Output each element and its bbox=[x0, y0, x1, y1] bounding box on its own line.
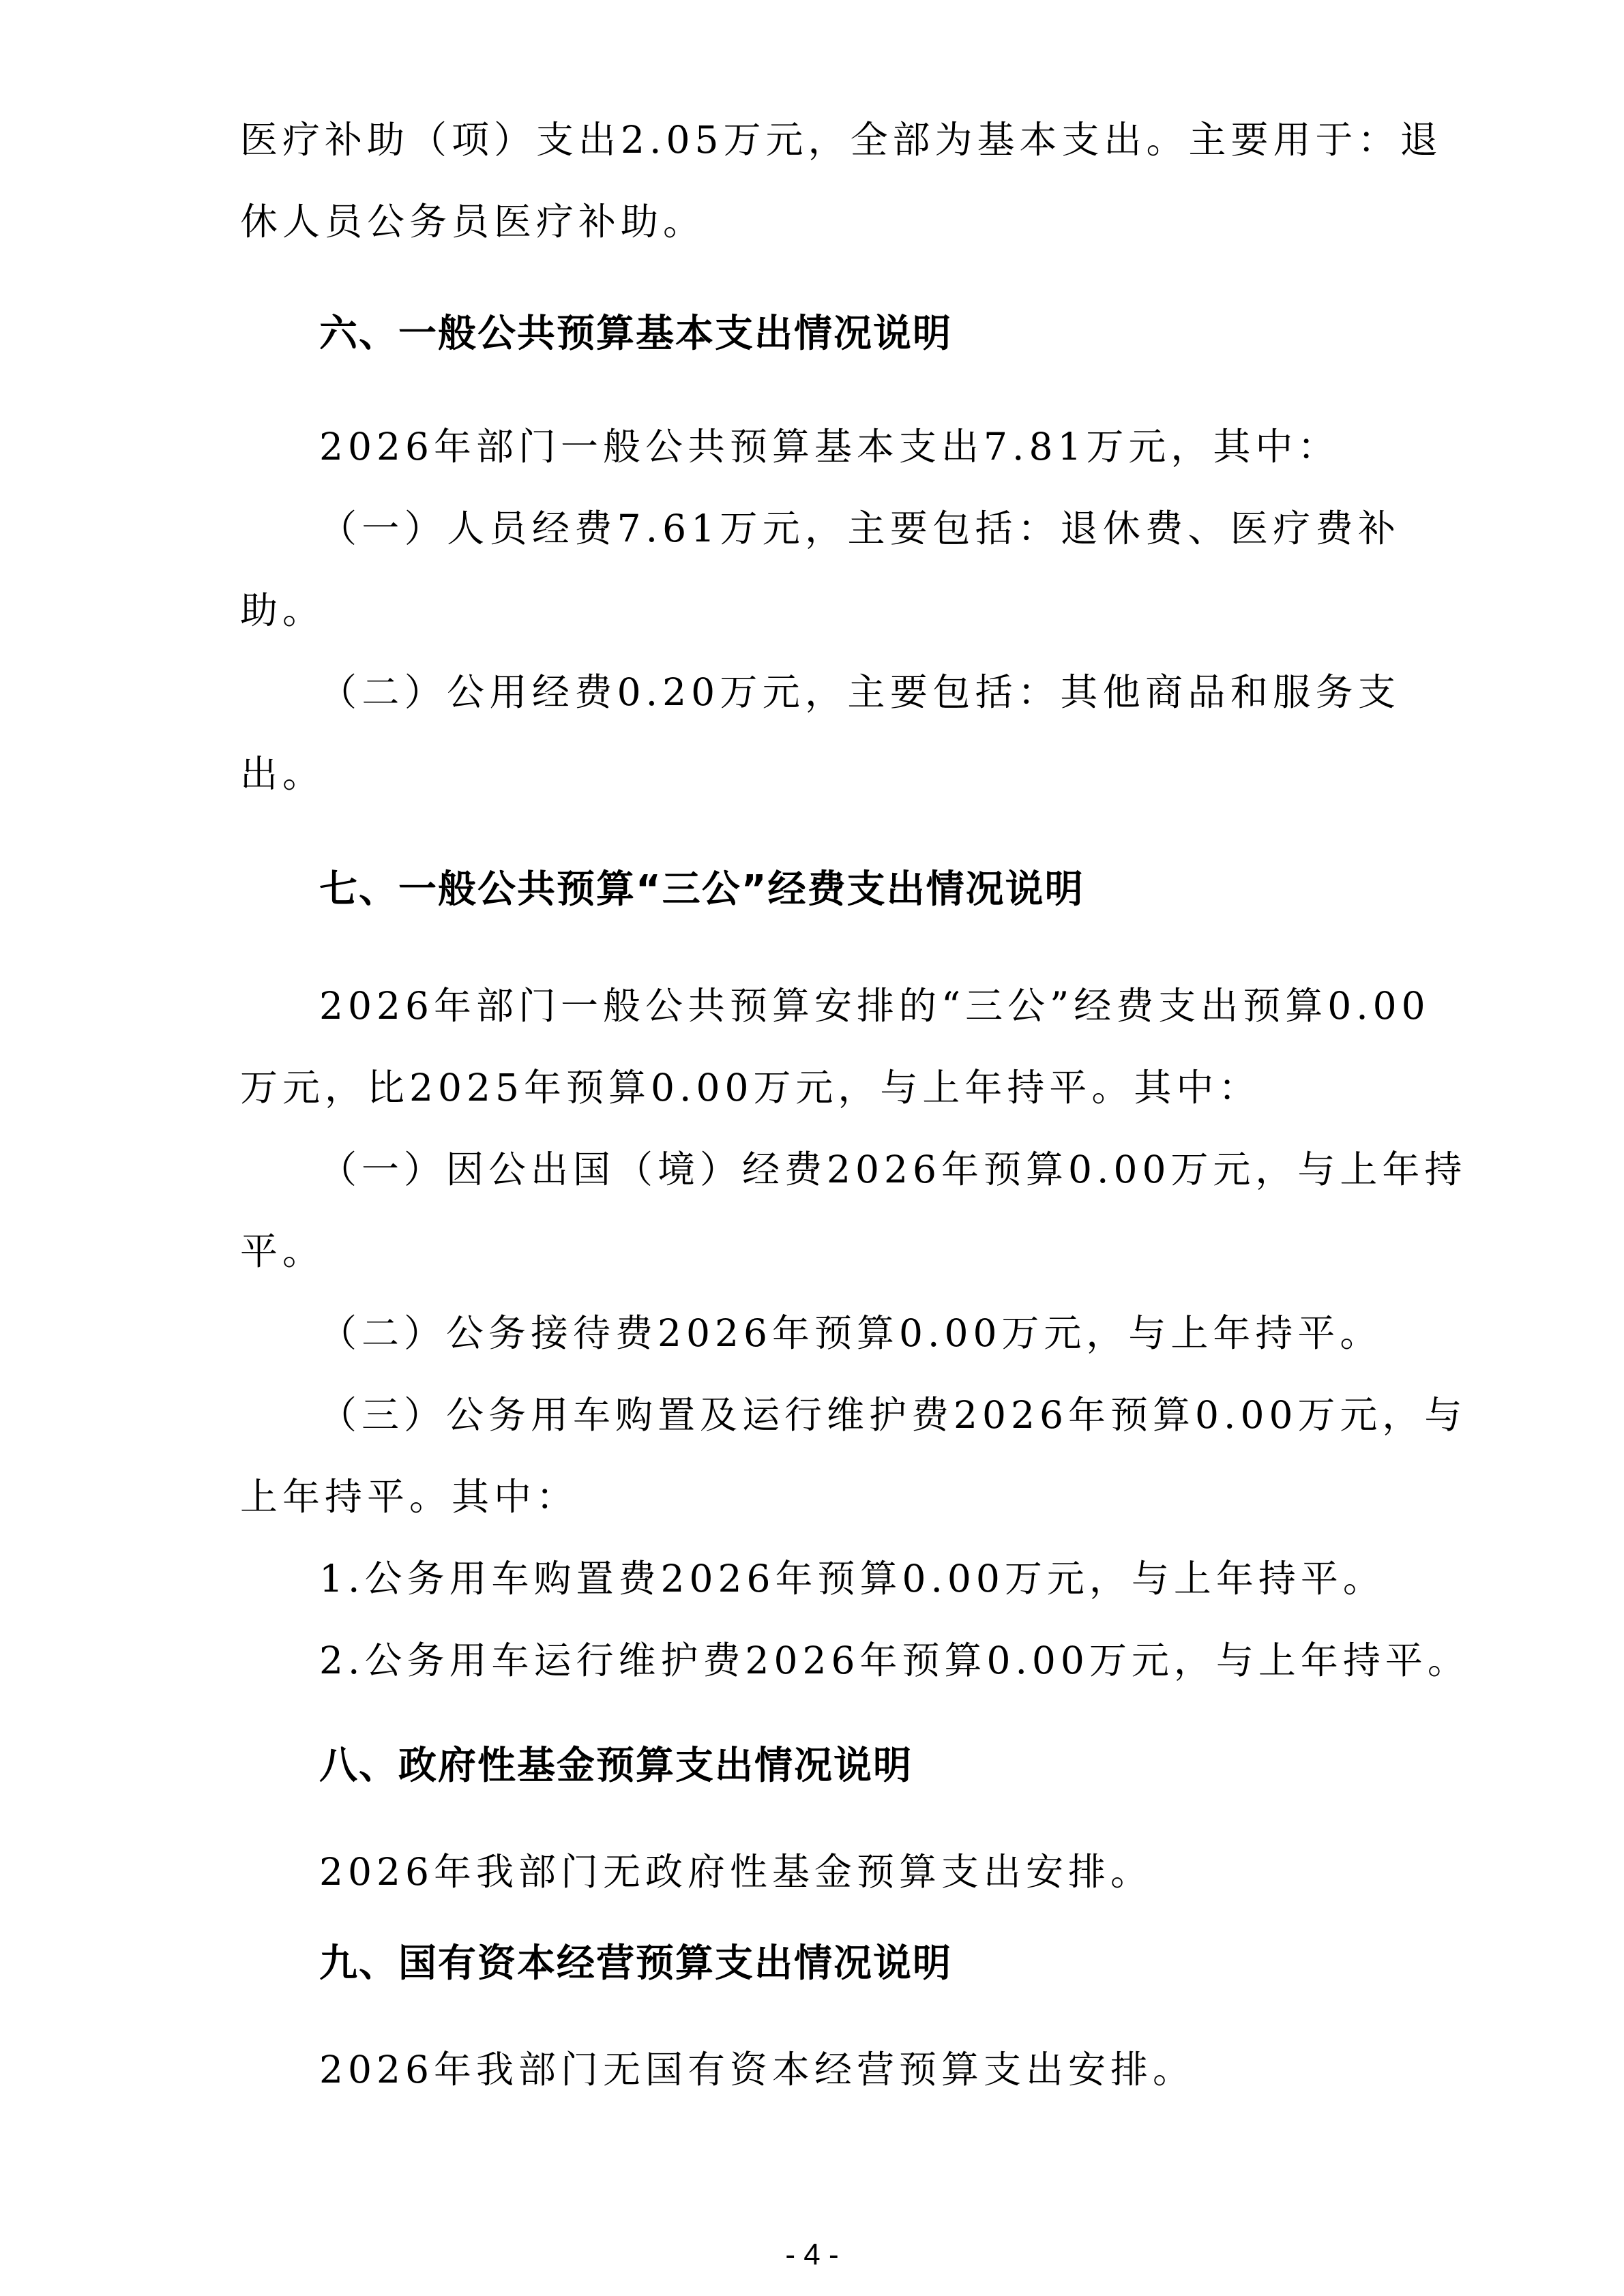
paragraph-line: （二）公务接待费2026年预算0.00万元，与上年持平。 bbox=[319, 1309, 1479, 1357]
paragraph-line: 2.公务用车运行维护费2026年预算0.00万元，与上年持平。 bbox=[319, 1637, 1479, 1684]
section-heading-6: 六、一般公共预算基本支出情况说明 bbox=[319, 310, 1479, 358]
paragraph-line: 万元，比2025年预算0.00万元，与上年持平。其中： bbox=[240, 1064, 1400, 1112]
paragraph-line: （一）人员经费7.61万元，主要包括：退休费、医疗费补 bbox=[319, 505, 1400, 552]
section-heading-7: 七、一般公共预算“三公”经费支出情况说明 bbox=[319, 866, 1479, 914]
paragraph-line: 助。 bbox=[240, 586, 1400, 634]
section-heading-8: 八、政府性基金预算支出情况说明 bbox=[319, 1742, 1479, 1790]
paragraph-line: 医疗补助（项）支出2.05万元，全部为基本支出。主要用于：退 bbox=[240, 116, 1400, 164]
paragraph-line: （三）公务用车购置及运行维护费2026年预算0.00万元，与 bbox=[319, 1391, 1400, 1439]
paragraph-line: 2026年我部门无国有资本经营预算支出安排。 bbox=[319, 2046, 1479, 2093]
document-page: 医疗补助（项）支出2.05万元，全部为基本支出。主要用于：退 休人员公务员医疗补… bbox=[0, 0, 1624, 2296]
paragraph-line: 1.公务用车购置费2026年预算0.00万元，与上年持平。 bbox=[319, 1555, 1479, 1602]
section-heading-9: 九、国有资本经营预算支出情况说明 bbox=[319, 1940, 1479, 1988]
paragraph-line: （一）因公出国（境）经费2026年预算0.00万元，与上年持 bbox=[319, 1146, 1400, 1193]
paragraph-line: 平。 bbox=[240, 1227, 1400, 1275]
paragraph-line: 上年持平。其中： bbox=[240, 1473, 1400, 1521]
paragraph-line: 休人员公务员医疗补助。 bbox=[240, 198, 1400, 245]
paragraph-line: 2026年我部门无政府性基金预算支出安排。 bbox=[319, 1848, 1479, 1896]
page-number: - 4 - bbox=[0, 2238, 1624, 2272]
paragraph-line: 2026年部门一般公共预算安排的“三公”经费支出预算0.00 bbox=[319, 982, 1400, 1030]
paragraph-line: 出。 bbox=[240, 750, 1400, 798]
paragraph-line: （二）公用经费0.20万元，主要包括：其他商品和服务支 bbox=[319, 668, 1400, 716]
paragraph-line: 2026年部门一般公共预算基本支出7.81万元，其中： bbox=[319, 423, 1479, 471]
